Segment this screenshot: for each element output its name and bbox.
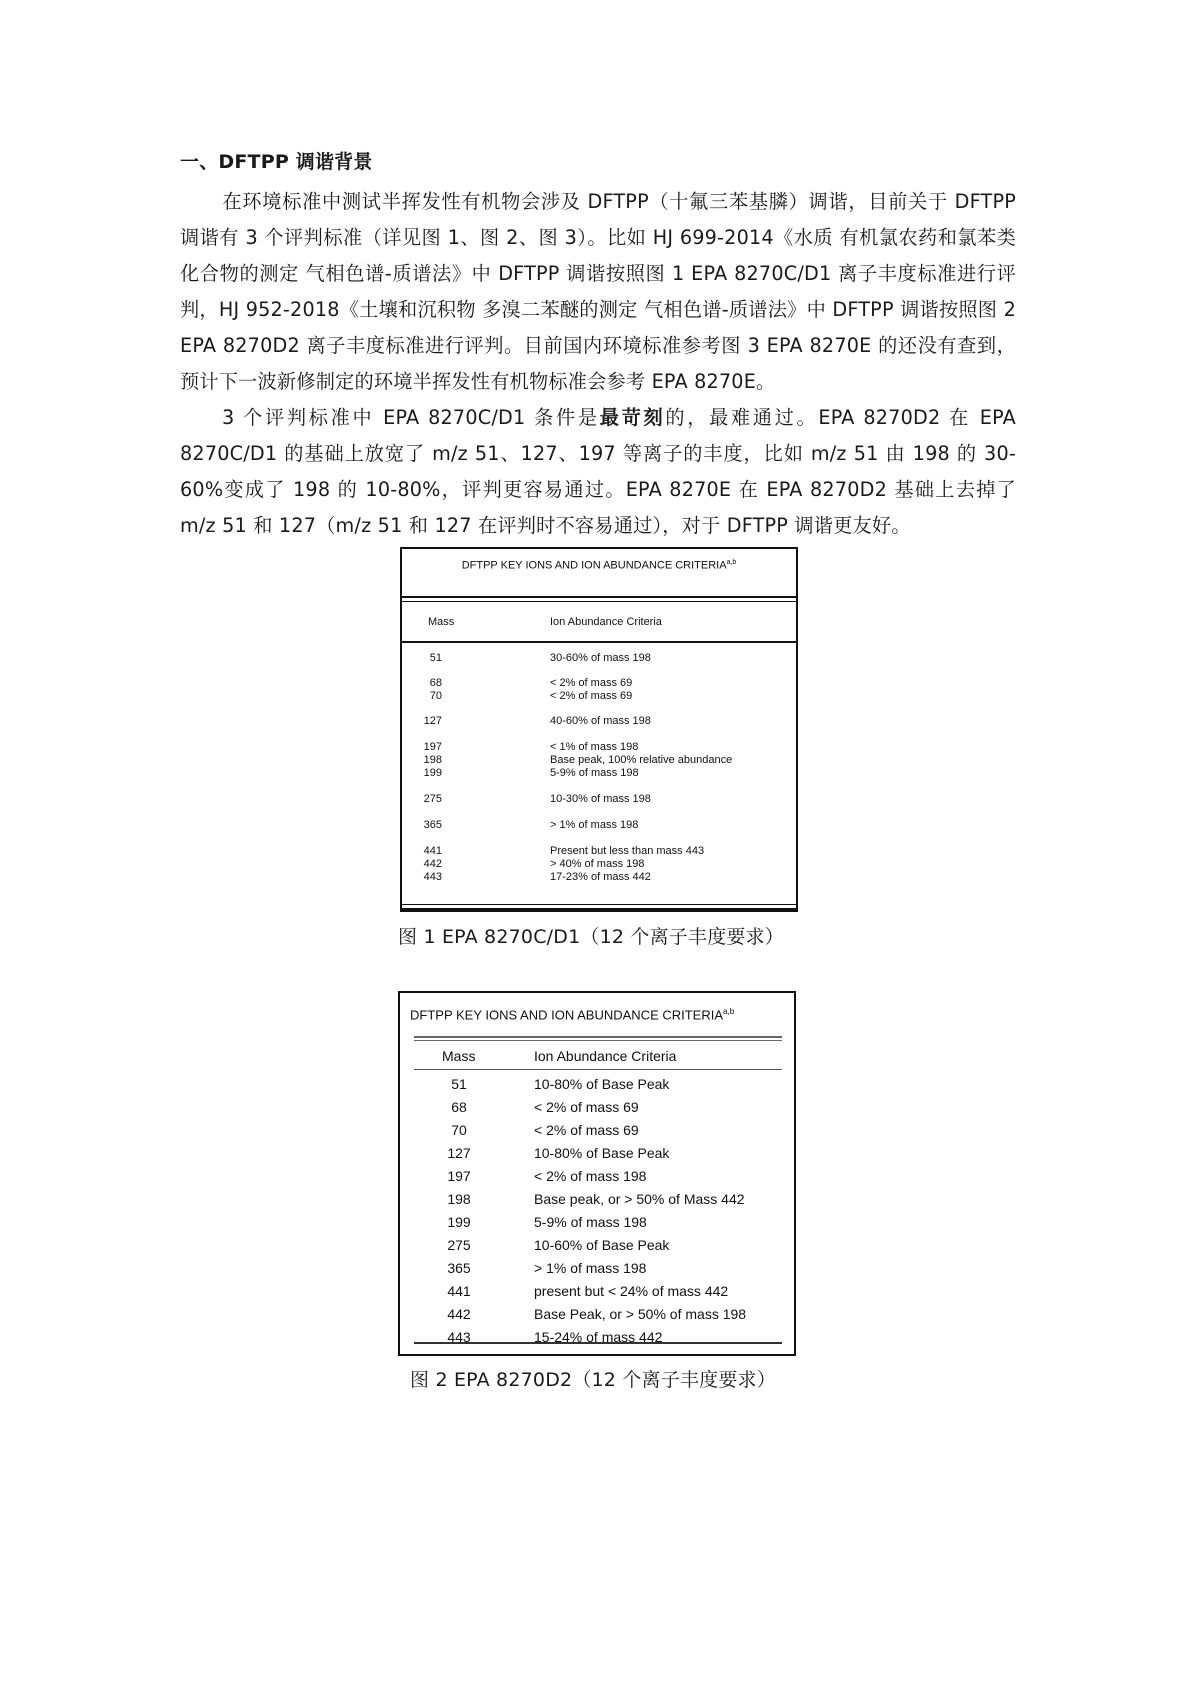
bottom-double-rule	[402, 904, 796, 910]
header-rule	[402, 641, 796, 643]
column-header-criteria: Ion Abundance Criteria	[550, 616, 662, 628]
mass-cell: 442	[434, 1306, 484, 1322]
criteria-cell: 5-9% of mass 198	[534, 1214, 647, 1230]
mass-cell: 198	[434, 1191, 484, 1207]
mass-cell: 443	[402, 871, 442, 884]
mass-cell: 70	[402, 690, 442, 703]
criteria-cell: present but < 24% of mass 442	[534, 1283, 728, 1299]
paragraph-comparison: 3 个评判标准中 EPA 8270C/D1 条件是最苛刻的，最难通过。EPA 8…	[180, 400, 1016, 544]
paragraph-text-start: 3 个评判标准中 EPA 8270C/D1 条件是	[222, 406, 600, 429]
criteria-cell: Base Peak, or > 50% of mass 198	[534, 1306, 746, 1322]
header-rule	[414, 1069, 782, 1070]
criteria-cell: Base peak, or > 50% of Mass 442	[534, 1191, 745, 1207]
criteria-cell: 5-9% of mass 198	[550, 767, 639, 780]
figure-1-title: DFTPP KEY IONS AND ION ABUNDANCE CRITERI…	[402, 559, 796, 572]
mass-cell: 365	[434, 1260, 484, 1276]
criteria-cell: < 2% of mass 69	[550, 677, 632, 690]
figure-1-table: DFTPP KEY IONS AND ION ABUNDANCE CRITERI…	[400, 547, 798, 912]
criteria-cell: 17-23% of mass 442	[550, 871, 651, 884]
mass-cell: 441	[434, 1283, 484, 1299]
mass-cell: 197	[402, 741, 442, 754]
mass-cell: 51	[434, 1076, 484, 1092]
mass-cell: 51	[402, 652, 442, 665]
section-heading: 一、DFTPP 调谐背景	[180, 147, 373, 174]
bottom-rule	[414, 1342, 782, 1344]
criteria-cell: 10-60% of Base Peak	[534, 1237, 669, 1253]
figure-2-title-superscript: a,b	[723, 1007, 734, 1016]
mass-cell: 365	[402, 819, 442, 832]
document-page: 一、DFTPP 调谐背景 在环境标准中测试半挥发性有机物会涉及 DFTPP（十氟…	[0, 0, 1191, 1684]
mass-cell: 197	[434, 1168, 484, 1184]
mass-cell: 199	[434, 1214, 484, 1230]
criteria-cell: 40-60% of mass 198	[550, 715, 651, 728]
criteria-cell: 10-30% of mass 198	[550, 793, 651, 806]
figure-2-table: DFTPP KEY IONS AND ION ABUNDANCE CRITERI…	[398, 991, 796, 1356]
mass-cell: 70	[434, 1122, 484, 1138]
figure-1-caption: 图 1 EPA 8270C/D1（12 个离子丰度要求）	[398, 922, 784, 949]
figure-1-title-superscript: a,b	[727, 559, 737, 566]
column-header-mass: Mass	[428, 616, 454, 628]
figure-1-title-text: DFTPP KEY IONS AND ION ABUNDANCE CRITERI…	[462, 560, 727, 572]
paragraph-text: 在环境标准中测试半挥发性有机物会涉及 DFTPP（十氟三苯基膦）调谐，目前关于 …	[180, 190, 1016, 393]
criteria-cell: < 2% of mass 198	[534, 1168, 646, 1184]
criteria-cell: < 1% of mass 198	[550, 741, 638, 754]
criteria-cell: > 40% of mass 198	[550, 858, 644, 871]
mass-cell: 441	[402, 845, 442, 858]
criteria-cell: 10-80% of Base Peak	[534, 1076, 669, 1092]
criteria-cell: < 2% of mass 69	[534, 1122, 639, 1138]
criteria-cell: > 1% of mass 198	[550, 819, 638, 832]
figure-2-caption: 图 2 EPA 8270D2（12 个离子丰度要求）	[410, 1365, 776, 1392]
mass-cell: 275	[402, 793, 442, 806]
mass-cell: 275	[434, 1237, 484, 1253]
double-rule	[414, 1036, 782, 1041]
paragraph-background: 在环境标准中测试半挥发性有机物会涉及 DFTPP（十氟三苯基膦）调谐，目前关于 …	[180, 184, 1016, 400]
criteria-cell: 30-60% of mass 198	[550, 652, 651, 665]
mass-cell: 127	[402, 715, 442, 728]
criteria-cell: < 2% of mass 69	[550, 690, 632, 703]
mass-cell: 68	[434, 1099, 484, 1115]
mass-cell: 68	[402, 677, 442, 690]
double-rule	[402, 596, 796, 602]
criteria-cell: Present but less than mass 443	[550, 845, 704, 858]
emphasis-text: 最苛刻	[600, 406, 666, 429]
criteria-cell: Base peak, 100% relative abundance	[550, 754, 732, 767]
mass-cell: 127	[434, 1145, 484, 1161]
criteria-cell: < 2% of mass 69	[534, 1099, 639, 1115]
mass-cell: 442	[402, 858, 442, 871]
column-header-criteria: Ion Abundance Criteria	[534, 1048, 676, 1064]
figure-2-title-text: DFTPP KEY IONS AND ION ABUNDANCE CRITERI…	[410, 1007, 723, 1022]
criteria-cell: 10-80% of Base Peak	[534, 1145, 669, 1161]
column-header-mass: Mass	[442, 1048, 475, 1064]
mass-cell: 198	[402, 754, 442, 767]
criteria-cell: > 1% of mass 198	[534, 1260, 646, 1276]
figure-2-title: DFTPP KEY IONS AND ION ABUNDANCE CRITERI…	[410, 1007, 734, 1022]
mass-cell: 199	[402, 767, 442, 780]
